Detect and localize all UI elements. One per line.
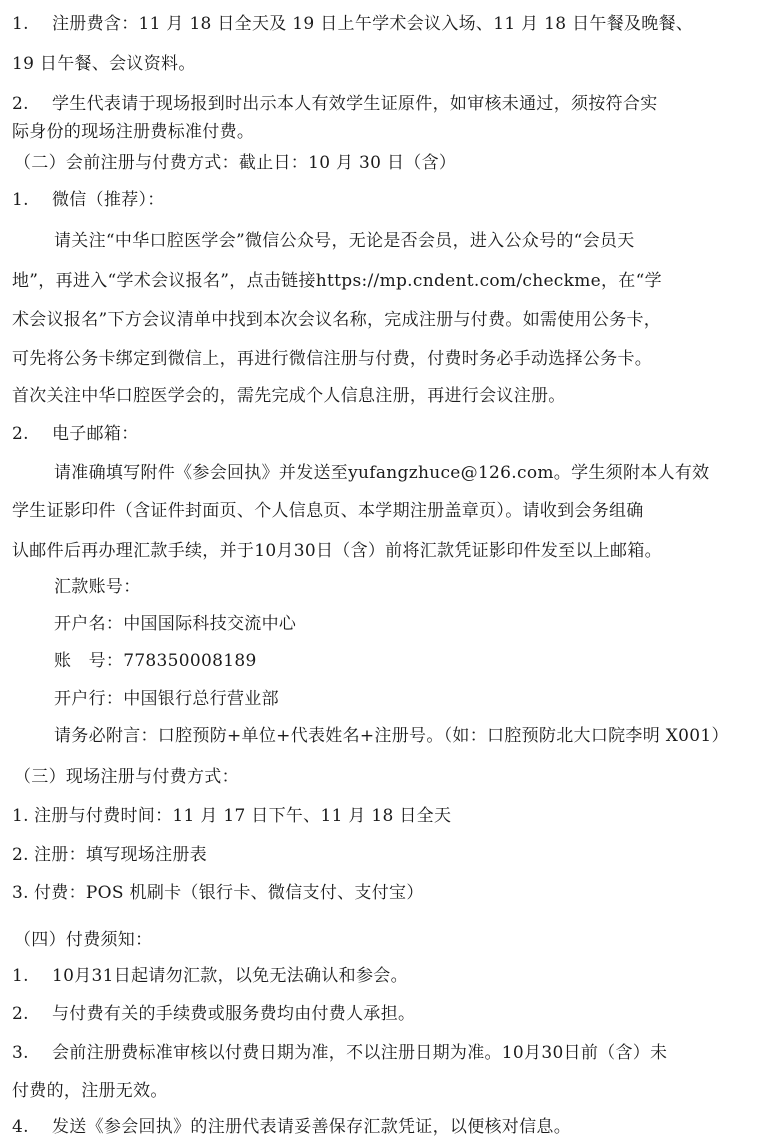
list-number: 1.: [12, 806, 34, 826]
list-item: 1.注册与付费时间：11 月 17 日下午、11 月 18 日全天: [12, 806, 451, 826]
list-item-continuation: 19 日午餐、会议资料。: [12, 54, 196, 74]
list-item: 2.注册：填写现场注册表: [12, 845, 207, 865]
list-text: 会前注册费标准审核以付费日期为准，不以注册日期为准。10月30日前（含）未: [52, 1043, 667, 1063]
section-heading-payment-notice: （四）付费须知：: [14, 930, 152, 950]
list-item: 3.会前注册费标准审核以付费日期为准，不以注册日期为准。10月30日前（含）未: [12, 1043, 667, 1063]
list-number: 2.: [12, 845, 34, 865]
bank-name: 开户行：中国银行总行营业部: [54, 689, 279, 709]
remittance-label: 汇款账号：: [54, 577, 141, 597]
list-text: 与付费有关的手续费或服务费均由付费人承担。: [52, 1004, 415, 1024]
list-item: 3.付费：POS 机刷卡（银行卡、微信支付、支付宝）: [12, 883, 424, 903]
list-item-line: 2.学生代表请于现场报到时出示本人有效学生证原件，如审核未通过，须按符合实: [12, 94, 658, 114]
section-heading-pre-registration: （二）会前注册与付费方式：截止日：10 月 30 日（含）: [14, 153, 456, 173]
list-number: 2.: [12, 424, 52, 444]
list-number: 1.: [12, 966, 52, 986]
list-number: 4.: [12, 1117, 52, 1137]
list-item-continuation: 际身份的现场注册费标准付费。: [12, 122, 254, 142]
paragraph-line: 地”，再进入“学术会议报名”，点击链接https://mp.cndent.com…: [12, 271, 662, 291]
account-number: 账 号：778350008189: [54, 651, 257, 671]
list-text: 注册：填写现场注册表: [34, 845, 207, 865]
list-text: 学生代表请于现场报到时出示本人有效学生证原件，如审核未通过，须按符合实: [52, 94, 658, 114]
paragraph-line: 可先将公务卡绑定到微信上，再进行微信注册与付费，付费时务必手动选择公务卡。: [12, 349, 652, 369]
list-text: 10月31日起请勿汇款，以免无法确认和参会。: [52, 966, 408, 986]
list-item-line: 2.电子邮箱：: [12, 424, 139, 444]
paragraph-line: 认邮件后再办理汇款手续，并于10月30日（含）前将汇款凭证影印件发至以上邮箱。: [12, 541, 662, 561]
section-heading-onsite: （三）现场注册与付费方式：: [14, 767, 239, 787]
list-item-line: 1.注册费含：11 月 18 日全天及 19 日上午学术会议入场、11 月 18…: [12, 14, 693, 34]
list-number: 1.: [12, 14, 52, 34]
list-item-continuation: 付费的，注册无效。: [12, 1081, 168, 1101]
list-text: 注册费含：11 月 18 日全天及 19 日上午学术会议入场、11 月 18 日…: [52, 14, 693, 34]
list-number: 2.: [12, 1004, 52, 1024]
paragraph-line: 学生证影印件（含证件封面页、个人信息页、本学期注册盖章页）。请收到会务组确: [12, 501, 644, 521]
email-title: 电子邮箱：: [52, 424, 139, 444]
list-text: 注册与付费时间：11 月 17 日下午、11 月 18 日全天: [34, 806, 451, 826]
paragraph-line: 首次关注中华口腔医学会的，需先完成个人信息注册，再进行会议注册。: [12, 386, 566, 406]
wechat-title: 微信（推荐）：: [52, 190, 165, 210]
paragraph-line: 请准确填写附件《参会回执》并发送至yufangzhuce@126.com。学生须…: [54, 463, 709, 483]
list-text: 付费：POS 机刷卡（银行卡、微信支付、支付宝）: [34, 883, 424, 903]
list-number: 3.: [12, 883, 34, 903]
list-item: 4.发送《参会回执》的注册代表请妥善保存汇款凭证，以便核对信息。: [12, 1117, 571, 1137]
list-item-line: 1.微信（推荐）：: [12, 190, 165, 210]
paragraph-line: 请关注“中华口腔医学会”微信公众号，无论是否会员，进入公众号的“会员天: [54, 231, 635, 251]
paragraph-line: 术会议报名”下方会议清单中找到本次会议名称，完成注册与付费。如需使用公务卡，: [12, 310, 661, 330]
list-number: 3.: [12, 1043, 52, 1063]
remittance-note: 请务必附言：口腔预防+单位+代表姓名+注册号。（如：口腔预防北大口院李明 X00…: [54, 726, 729, 746]
list-item: 2.与付费有关的手续费或服务费均由付费人承担。: [12, 1004, 415, 1024]
account-name: 开户名：中国国际科技交流中心: [54, 614, 296, 634]
list-text: 发送《参会回执》的注册代表请妥善保存汇款凭证，以便核对信息。: [52, 1117, 571, 1137]
list-item: 1.10月31日起请勿汇款，以免无法确认和参会。: [12, 966, 408, 986]
list-number: 1.: [12, 190, 52, 210]
list-number: 2.: [12, 94, 52, 114]
